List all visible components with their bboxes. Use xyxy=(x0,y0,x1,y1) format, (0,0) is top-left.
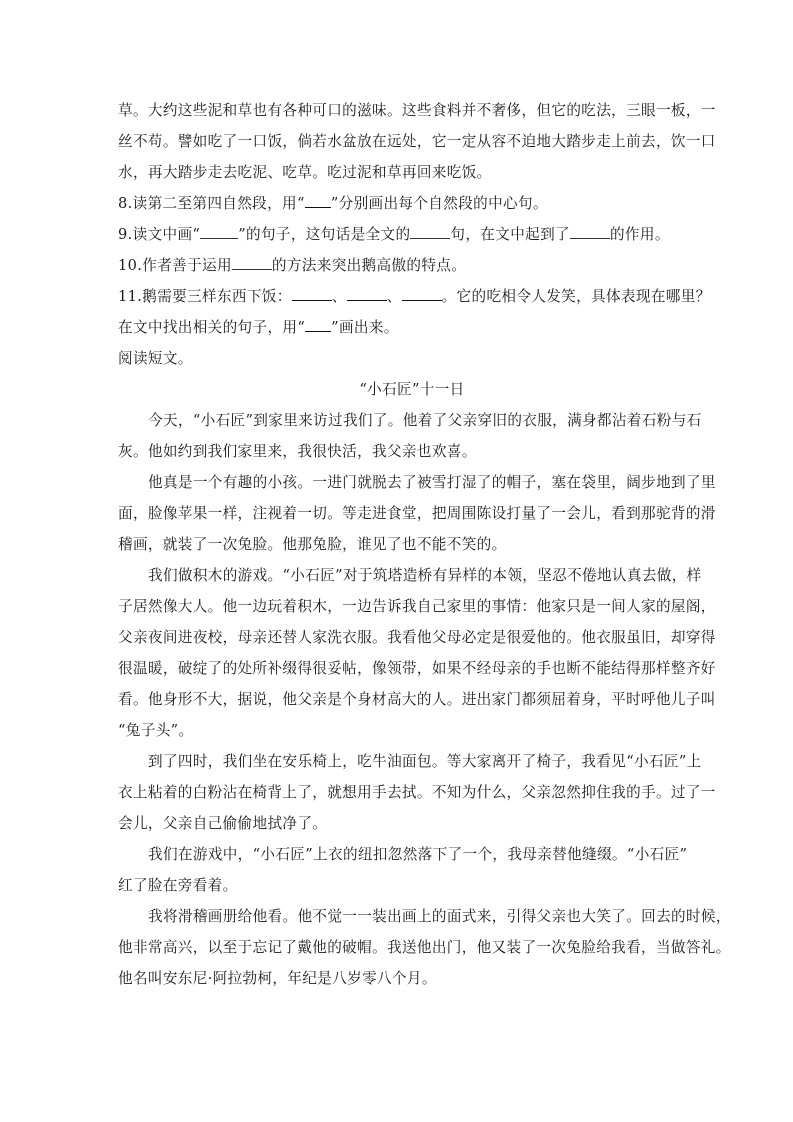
question-text: ”画出来。 xyxy=(331,319,399,336)
question-10: 10.作者善于运用的方法来突出鹅高傲的特点。 xyxy=(118,250,678,281)
paragraph-5-line: 我们在游戏中，“小石匠”上衣的纽扣忽然落下了一个，我母亲替他缝缀。“小石匠” xyxy=(118,839,678,870)
paragraph-3-line: 看。他身形不大，据说，他父亲是个身材高大的人。进出家门都须屈着身，平时呼他儿子叫 xyxy=(118,684,678,715)
underline-sample xyxy=(305,193,331,208)
answer-blank[interactable] xyxy=(292,286,332,301)
answer-blank[interactable] xyxy=(410,224,450,239)
paragraph-2-line: 稽画，就装了一次兔脸。他那兔脸，谁见了也不能不笑的。 xyxy=(118,529,678,560)
paragraph-3-line: “兔子头”。 xyxy=(118,715,678,746)
answer-blank[interactable] xyxy=(347,286,387,301)
question-text: ”的句子，这句话是全文的 xyxy=(238,226,410,243)
question-text: 9.读文中画“ xyxy=(118,226,200,243)
question-9: 9.读文中画“”的句子，这句话是全文的句，在文中起到了的作用。 xyxy=(118,219,678,250)
paragraph-4-line: 到了四时，我们坐在安乐椅上，吃牛油面包。等大家离开了椅子，我看见“小石匠”上 xyxy=(118,746,678,777)
underline-sample xyxy=(305,317,331,332)
separator: 、 xyxy=(387,288,402,305)
paragraph-6-line: 我将滑稽画册给他看。他不觉一一装出画上的面式来，引得父亲也大笑了。回去的时候， xyxy=(118,901,678,932)
passage-line: 丝不苟。譬如吃了一口饭，倘若水盆放在远处，它一定从容不迫地大踏步走上前去，饮一口 xyxy=(118,126,678,157)
paragraph-3-line: 子居然像大人。他一边玩着积木，一边告诉我自己家里的事情：他家只是一间人家的屋阁， xyxy=(118,591,678,622)
paragraph-6-line: 他非常高兴，以至于忘记了戴他的破帽。我送他出门，他又装了一次兔脸给我看，当做答礼… xyxy=(118,932,678,963)
paragraph-3-line: 我们做积木的游戏。“小石匠”对于筑塔造桥有异样的本领，坚忍不倦地认真去做，样 xyxy=(118,560,678,591)
answer-blank[interactable] xyxy=(402,286,442,301)
paragraph-6-line: 他名叫安东尼·阿拉勃柯，年纪是八岁零八个月。 xyxy=(118,963,678,994)
paragraph-2-line: 他真是一个有趣的小孩。一进门就脱去了被雪打湿了的帽子，塞在袋里，阔步地到了里 xyxy=(118,467,678,498)
question-11-continued: 在文中找出相关的句子，用“”画出来。 xyxy=(118,312,678,343)
paragraph-3-line: 父亲夜间进夜校，母亲还替人家洗衣服。我看他父母必定是很爱他的。他衣服虽旧，却穿得 xyxy=(118,622,678,653)
document-page: 草。大约这些泥和草也有各种可口的滋味。这些食料并不奢侈，但它的吃法，三眼一板，一… xyxy=(118,95,678,994)
question-8: 8.读第二至第四自然段，用“”分别画出每个自然段的中心句。 xyxy=(118,188,678,219)
question-text: 句，在文中起到了 xyxy=(450,226,570,243)
paragraph-4-line: 衣上粘着的白粉沾在椅背上了，就想用手去拭。不知为什么，父亲忽然抑住我的手。过了一 xyxy=(118,777,678,808)
paragraph-1-line: 今天，“小石匠”到家里来访过我们了。他着了父亲穿旧的衣服，满身都沾着石粉与石 xyxy=(118,405,678,436)
passage-title: “小石匠”十一日 xyxy=(118,374,678,405)
separator: 、 xyxy=(332,288,347,305)
paragraph-1-line: 灰。他如约到我们家里来，我很快活，我父亲也欢喜。 xyxy=(118,436,678,467)
passage-line: 水，再大踏步走去吃泥、吃草。吃过泥和草再回来吃饭。 xyxy=(118,157,678,188)
answer-blank[interactable] xyxy=(200,224,238,239)
paragraph-3-line: 很温暖，破绽了的处所补缀得很妥帖，像领带，如果不经母亲的手也断不能结得那样整齐好 xyxy=(118,653,678,684)
question-text: 。它的吃相令人发笑，具体表现在哪里？ xyxy=(442,288,711,305)
answer-blank[interactable] xyxy=(232,255,272,270)
question-text: 在文中找出相关的句子，用“ xyxy=(118,319,305,336)
question-11: 11.鹅需要三样东西下饭：、、。它的吃相令人发笑，具体表现在哪里？ xyxy=(118,281,678,312)
question-text: 的作用。 xyxy=(610,226,670,243)
answer-blank[interactable] xyxy=(570,224,610,239)
paragraph-2-line: 面，脸像苹果一样，注视着一切。等走进食堂，把周围陈设打量了一会儿，看到那驼背的滑 xyxy=(118,498,678,529)
question-text: 8.读第二至第四自然段，用“ xyxy=(118,195,305,212)
paragraph-4-line: 会儿，父亲自己偷偷地拭净了。 xyxy=(118,808,678,839)
question-text: ”分别画出每个自然段的中心句。 xyxy=(331,195,548,212)
question-text: 的方法来突出鹅高傲的特点。 xyxy=(272,257,466,274)
reading-instruction: 阅读短文。 xyxy=(118,343,678,374)
question-text: 10.作者善于运用 xyxy=(118,257,232,274)
question-text: 11.鹅需要三样东西下饭： xyxy=(118,288,292,305)
passage-line: 草。大约这些泥和草也有各种可口的滋味。这些食料并不奢侈，但它的吃法，三眼一板，一 xyxy=(118,95,678,126)
paragraph-5-line: 红了脸在旁看着。 xyxy=(118,870,678,901)
